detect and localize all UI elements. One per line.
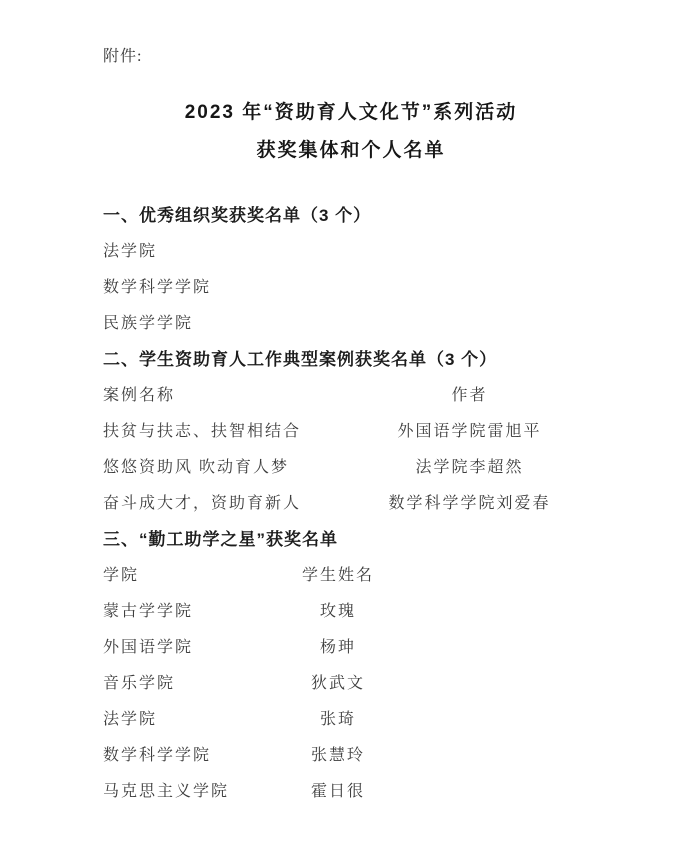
column-header-student-name: 学生姓名 bbox=[223, 558, 453, 594]
column-header-author: 作者 bbox=[340, 378, 599, 414]
table-row: 马克思主义学院 霍日很 bbox=[103, 774, 599, 810]
college-cell: 数学科学学院 bbox=[103, 738, 223, 774]
table-row: 奋斗成大才，资助育新人 数学科学学院刘爱春 bbox=[103, 486, 599, 522]
list-item: 法学院 bbox=[103, 234, 599, 270]
list-item: 民族学学院 bbox=[103, 306, 599, 342]
document-page: 附件: 2023 年“资助育人文化节”系列活动 获奖集体和个人名单 一、优秀组织… bbox=[0, 0, 692, 864]
column-header-college: 学院 bbox=[103, 558, 223, 594]
section-2-heading: 二、学生资助育人工作典型案例获奖名单（3 个） bbox=[103, 342, 599, 378]
table-header-row: 案例名称 作者 bbox=[103, 378, 599, 414]
case-name-cell: 悠悠资助风 吹动育人梦 bbox=[103, 450, 340, 486]
document-title-line2: 获奖集体和个人名单 bbox=[103, 132, 599, 170]
college-cell: 外国语学院 bbox=[103, 630, 223, 666]
table-row: 法学院 张琦 bbox=[103, 702, 599, 738]
section-3-heading: 三、“勤工助学之星”获奖名单 bbox=[103, 522, 599, 558]
table-row: 悠悠资助风 吹动育人梦 法学院李超然 bbox=[103, 450, 599, 486]
document-title: 2023 年“资助育人文化节”系列活动 获奖集体和个人名单 bbox=[103, 94, 599, 170]
student-name-cell: 玫瑰 bbox=[223, 594, 453, 630]
document-title-line1: 2023 年“资助育人文化节”系列活动 bbox=[103, 94, 599, 132]
college-cell: 蒙古学学院 bbox=[103, 594, 223, 630]
attachment-label: 附件: bbox=[103, 46, 599, 68]
student-name-cell: 杨珅 bbox=[223, 630, 453, 666]
section-1-heading: 一、优秀组织奖获奖名单（3 个） bbox=[103, 198, 599, 234]
table-row: 扶贫与扶志、扶智相结合 外国语学院雷旭平 bbox=[103, 414, 599, 450]
table-row: 蒙古学学院 玫瑰 bbox=[103, 594, 599, 630]
author-cell: 外国语学院雷旭平 bbox=[340, 414, 599, 450]
case-name-cell: 奋斗成大才，资助育新人 bbox=[103, 486, 340, 522]
table-header-row: 学院 学生姓名 bbox=[103, 558, 599, 594]
list-item: 数学科学学院 bbox=[103, 270, 599, 306]
author-cell: 法学院李超然 bbox=[340, 450, 599, 486]
document-body: 一、优秀组织奖获奖名单（3 个） 法学院 数学科学学院 民族学学院 二、学生资助… bbox=[103, 198, 599, 810]
college-cell: 音乐学院 bbox=[103, 666, 223, 702]
table-row: 外国语学院 杨珅 bbox=[103, 630, 599, 666]
table-row: 音乐学院 狄武文 bbox=[103, 666, 599, 702]
column-header-case-name: 案例名称 bbox=[103, 378, 340, 414]
student-name-cell: 张慧玲 bbox=[223, 738, 453, 774]
case-name-cell: 扶贫与扶志、扶智相结合 bbox=[103, 414, 340, 450]
table-row: 数学科学学院 张慧玲 bbox=[103, 738, 599, 774]
college-cell: 法学院 bbox=[103, 702, 223, 738]
author-cell: 数学科学学院刘爱春 bbox=[340, 486, 599, 522]
student-name-cell: 霍日很 bbox=[223, 774, 453, 810]
student-name-cell: 张琦 bbox=[223, 702, 453, 738]
student-name-cell: 狄武文 bbox=[223, 666, 453, 702]
college-cell: 马克思主义学院 bbox=[103, 774, 223, 810]
